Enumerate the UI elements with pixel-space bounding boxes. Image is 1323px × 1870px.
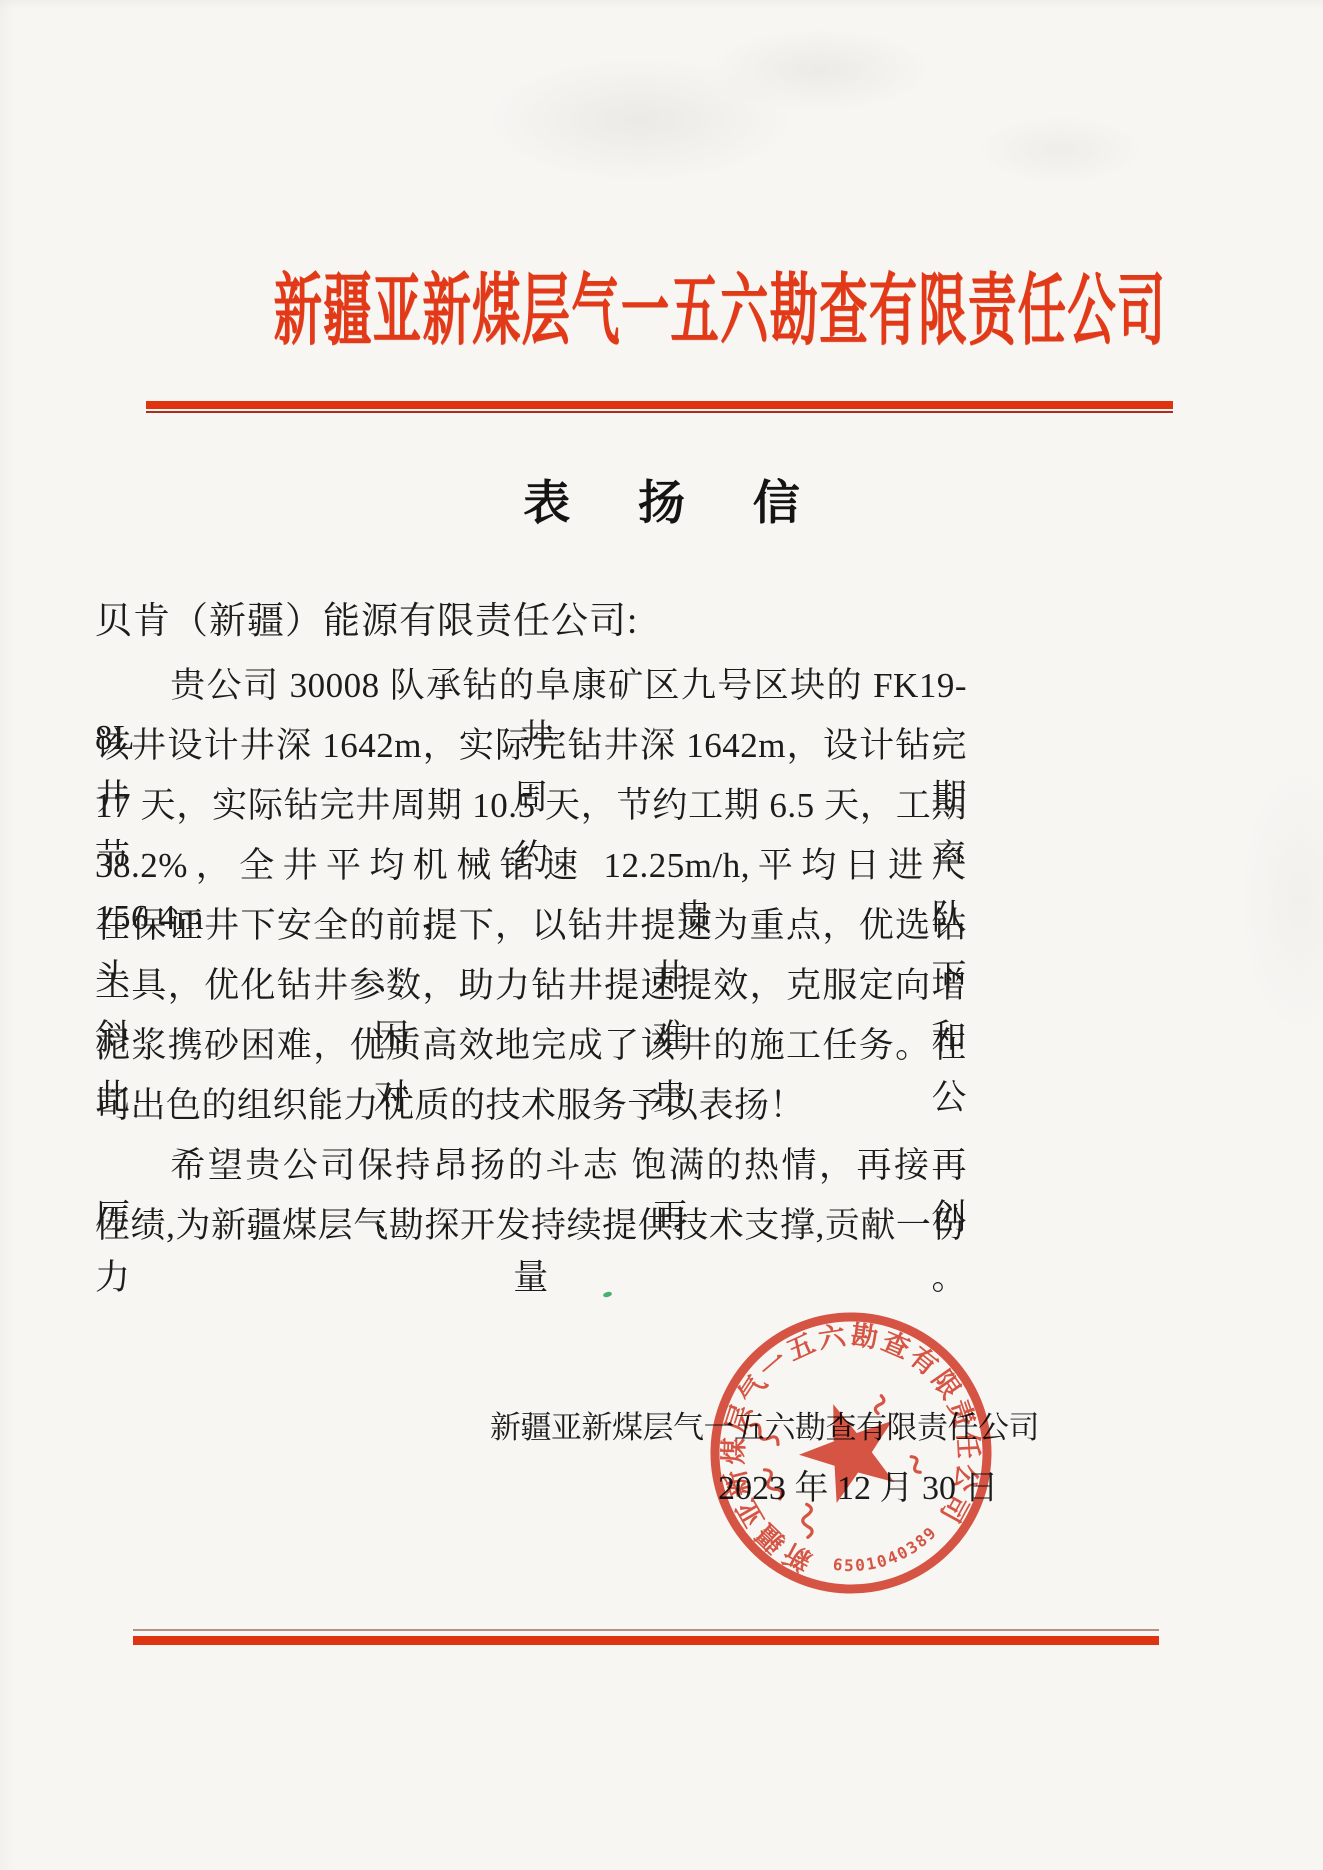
letterhead-divider <box>146 401 1173 415</box>
body-line: 希望贵公司保持昂扬的斗志 饱满的热情，再接再厉、再创 <box>95 1140 967 1200</box>
body-line: 佳绩,为新疆煤层气勘探开发持续提供技术支撑,贡献一份力量。 <box>95 1200 967 1260</box>
body-line: 17 天，实际钻完井周期 10.5 天，节约工期 6.5 天，工期节约率 <box>95 780 967 840</box>
letterhead-divider-thin-line <box>146 411 1173 413</box>
letterhead: 新疆亚新煤层气一五六勘查有限责任公司 <box>0 248 1323 360</box>
scanned-letter-page: { "document": { "letterhead": "新疆亚新煤层气一五… <box>0 0 1323 1870</box>
body-line: 该井设计井深 1642m，实际完钻井深 1642m，设计钻完井周期 <box>95 720 967 780</box>
letterhead-divider-thick-line <box>146 401 1173 409</box>
footer-divider-thick-line <box>133 1636 1159 1645</box>
body-line: 工具，优化钻井参数，助力钻井提速提效，克服定向增斜困难和 <box>95 960 967 1020</box>
document-title: 表 扬 信 <box>0 466 1323 533</box>
body-line: 泥浆携砂困难，优质高效地完成了该井的施工任务。在此对贵公 <box>95 1020 967 1080</box>
salutation: 贝肯（新疆）能源有限责任公司: <box>95 596 967 660</box>
letterhead-company-name: 新疆亚新煤层气一五六勘查有限责任公司 <box>274 248 1167 360</box>
footer-divider <box>133 1629 1159 1649</box>
seal-graphic: 新疆亚新煤层气一五六勘查有限责任公司 650104038906 <box>645 1247 1058 1660</box>
body-line: 在保证井下安全的前提下，以钻井提速为重点，优选钻头、井下 <box>95 900 967 960</box>
seal-star-icon <box>787 1387 912 1509</box>
body-line: 38.2%，全井平均机械钻速 12.25m/h,平均日进尺 156.4m，贵队 <box>95 840 967 900</box>
company-seal-stamp: 新疆亚新煤层气一五六勘查有限责任公司 650104038906 <box>645 1247 1058 1660</box>
letter-body: 贝肯（新疆）能源有限责任公司: 贵公司 30008 队承钻的阜康矿区九号区块的 … <box>95 596 967 1260</box>
body-line: 贵公司 30008 队承钻的阜康矿区九号区块的 FK19-8L 井， <box>95 660 967 720</box>
